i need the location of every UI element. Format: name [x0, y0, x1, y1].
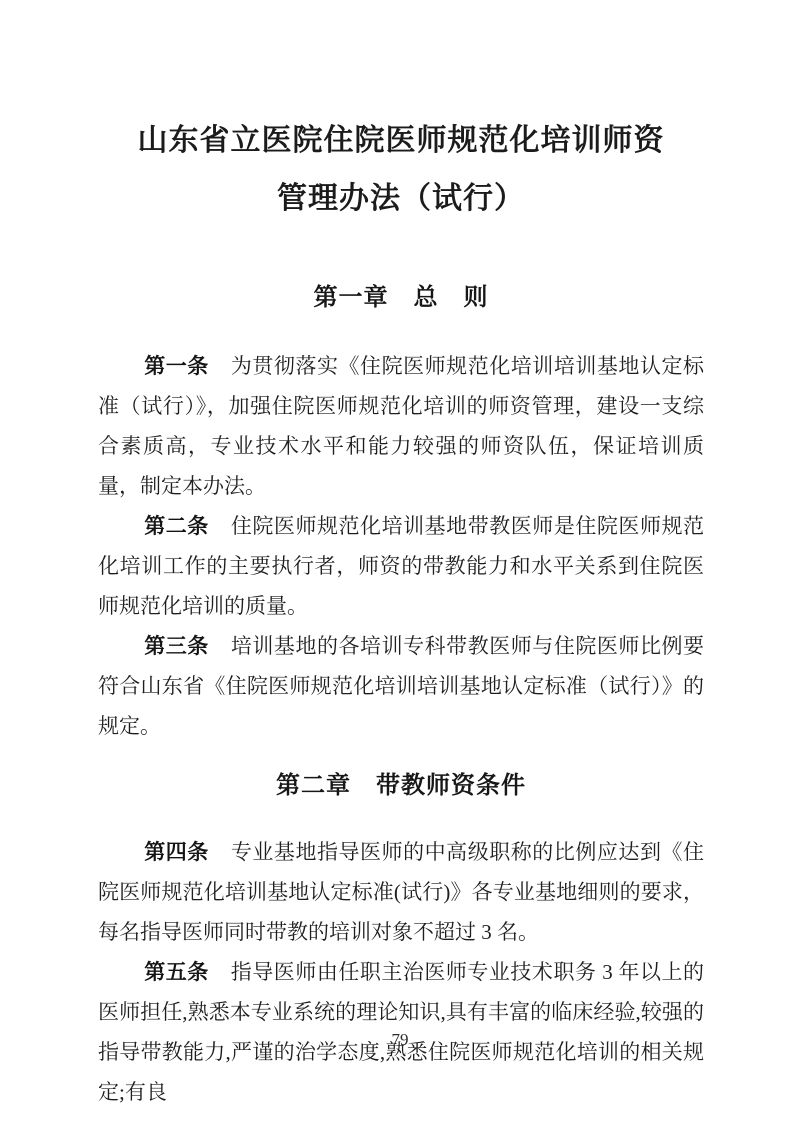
document-title: 山东省立医院住院医师规范化培训师资 管理办法（试行）	[98, 0, 704, 228]
chapter-2-heading: 第二章 带教师资条件	[98, 772, 704, 800]
chapter-1-heading: 第一章 总 则	[98, 284, 704, 312]
article-3-paragraph: 第三条培训基地的各培训专科带教医师与住院医师比例要符合山东省《住院医师规范化培训…	[98, 626, 704, 746]
article-4-paragraph: 第四条专业基地指导医师的中高级职称的比例应达到《住院医师规范化培训基地认定标准(…	[98, 832, 704, 952]
document-title-line1: 山东省立医院住院医师规范化培训师资	[98, 112, 704, 170]
page-number: 79	[0, 1030, 800, 1050]
article-5-label: 第五条	[144, 960, 209, 984]
article-3-label: 第三条	[144, 634, 209, 658]
article-2-label: 第二条	[144, 514, 209, 538]
article-1-paragraph: 第一条为贯彻落实《住院医师规范化培训培训基地认定标准（试行）》，加强住院医师规范…	[98, 346, 704, 506]
document-page: 山东省立医院住院医师规范化培训师资 管理办法（试行） 第一章 总 则 第一条为贯…	[0, 0, 800, 1129]
article-2-paragraph: 第二条住院医师规范化培训基地带教医师是住院医师规范化培训工作的主要执行者，师资的…	[98, 506, 704, 626]
article-4-label: 第四条	[144, 840, 209, 864]
document-title-line2: 管理办法（试行）	[98, 170, 704, 228]
article-1-label: 第一条	[144, 354, 209, 378]
